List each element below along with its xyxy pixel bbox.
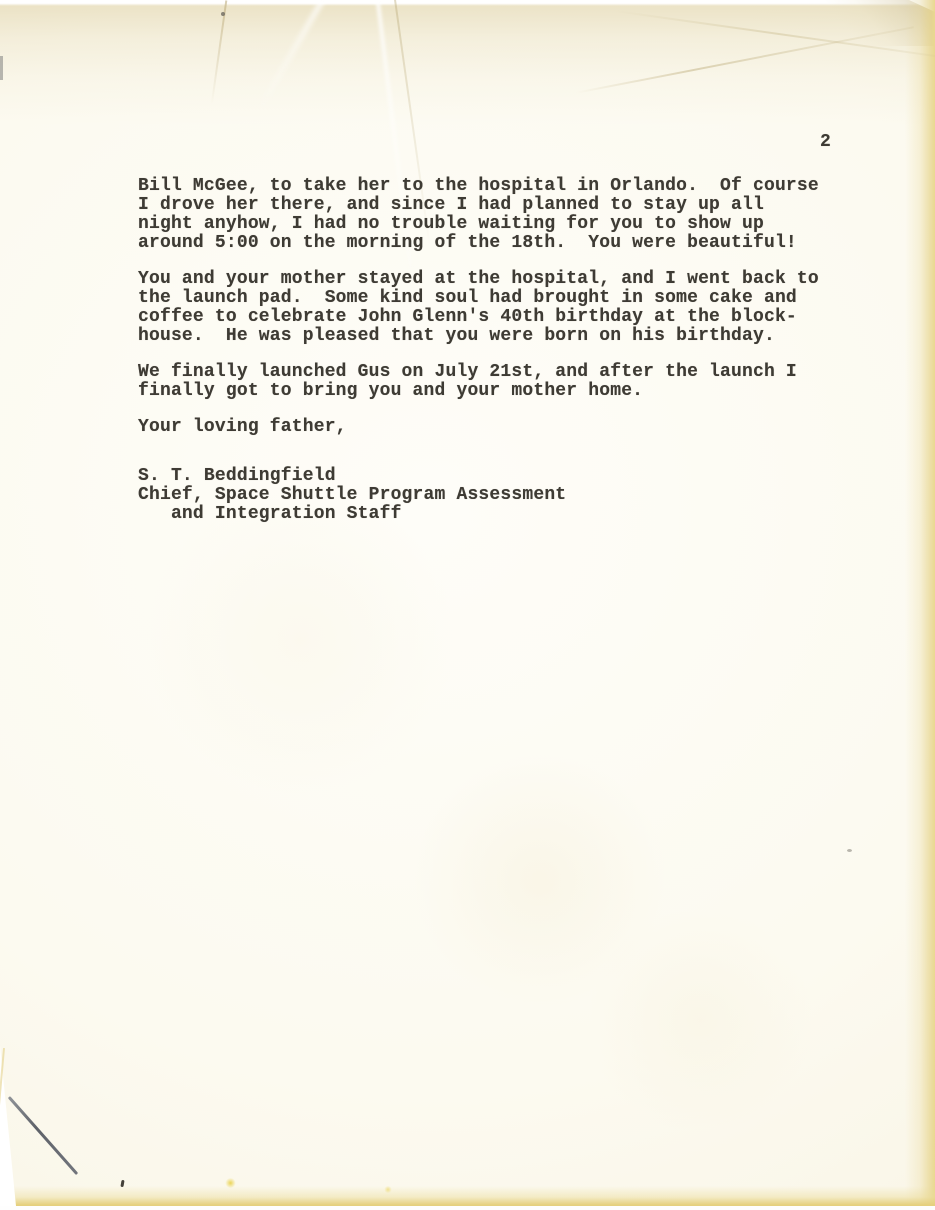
paper-sheet: 2 Bill McGee, to take her to the hospita… [0, 0, 935, 1210]
yellow-stain [225, 1178, 236, 1188]
ink-speck [221, 12, 225, 16]
paragraph-1: Bill McGee, to take her to the hospital … [138, 177, 910, 253]
closing-line: Your loving father, [138, 418, 910, 437]
bottom-aged-edge [0, 1186, 935, 1206]
bottom-scan-edge [0, 1206, 935, 1210]
top-aging-band [0, 0, 935, 125]
left-edge-mark [0, 56, 3, 80]
top-scan-edge [0, 0, 935, 6]
yellow-stain [384, 1186, 392, 1193]
paper-speck [847, 849, 852, 852]
pencil-mark [8, 1096, 78, 1175]
signature-block: S. T. Beddingfield Chief, Space Shuttle … [138, 467, 910, 524]
paragraph-2: You and your mother stayed at the hospit… [138, 270, 910, 346]
page-number: 2 [820, 133, 831, 152]
signature-name: S. T. Beddingfield [138, 467, 910, 486]
letter-body: Bill McGee, to take her to the hospital … [138, 177, 910, 524]
scanned-letter-page: 2 Bill McGee, to take her to the hospita… [0, 0, 935, 1210]
signature-title: Chief, Space Shuttle Program Assessment … [138, 486, 910, 524]
paragraph-3: We finally launched Gus on July 21st, an… [138, 363, 910, 401]
